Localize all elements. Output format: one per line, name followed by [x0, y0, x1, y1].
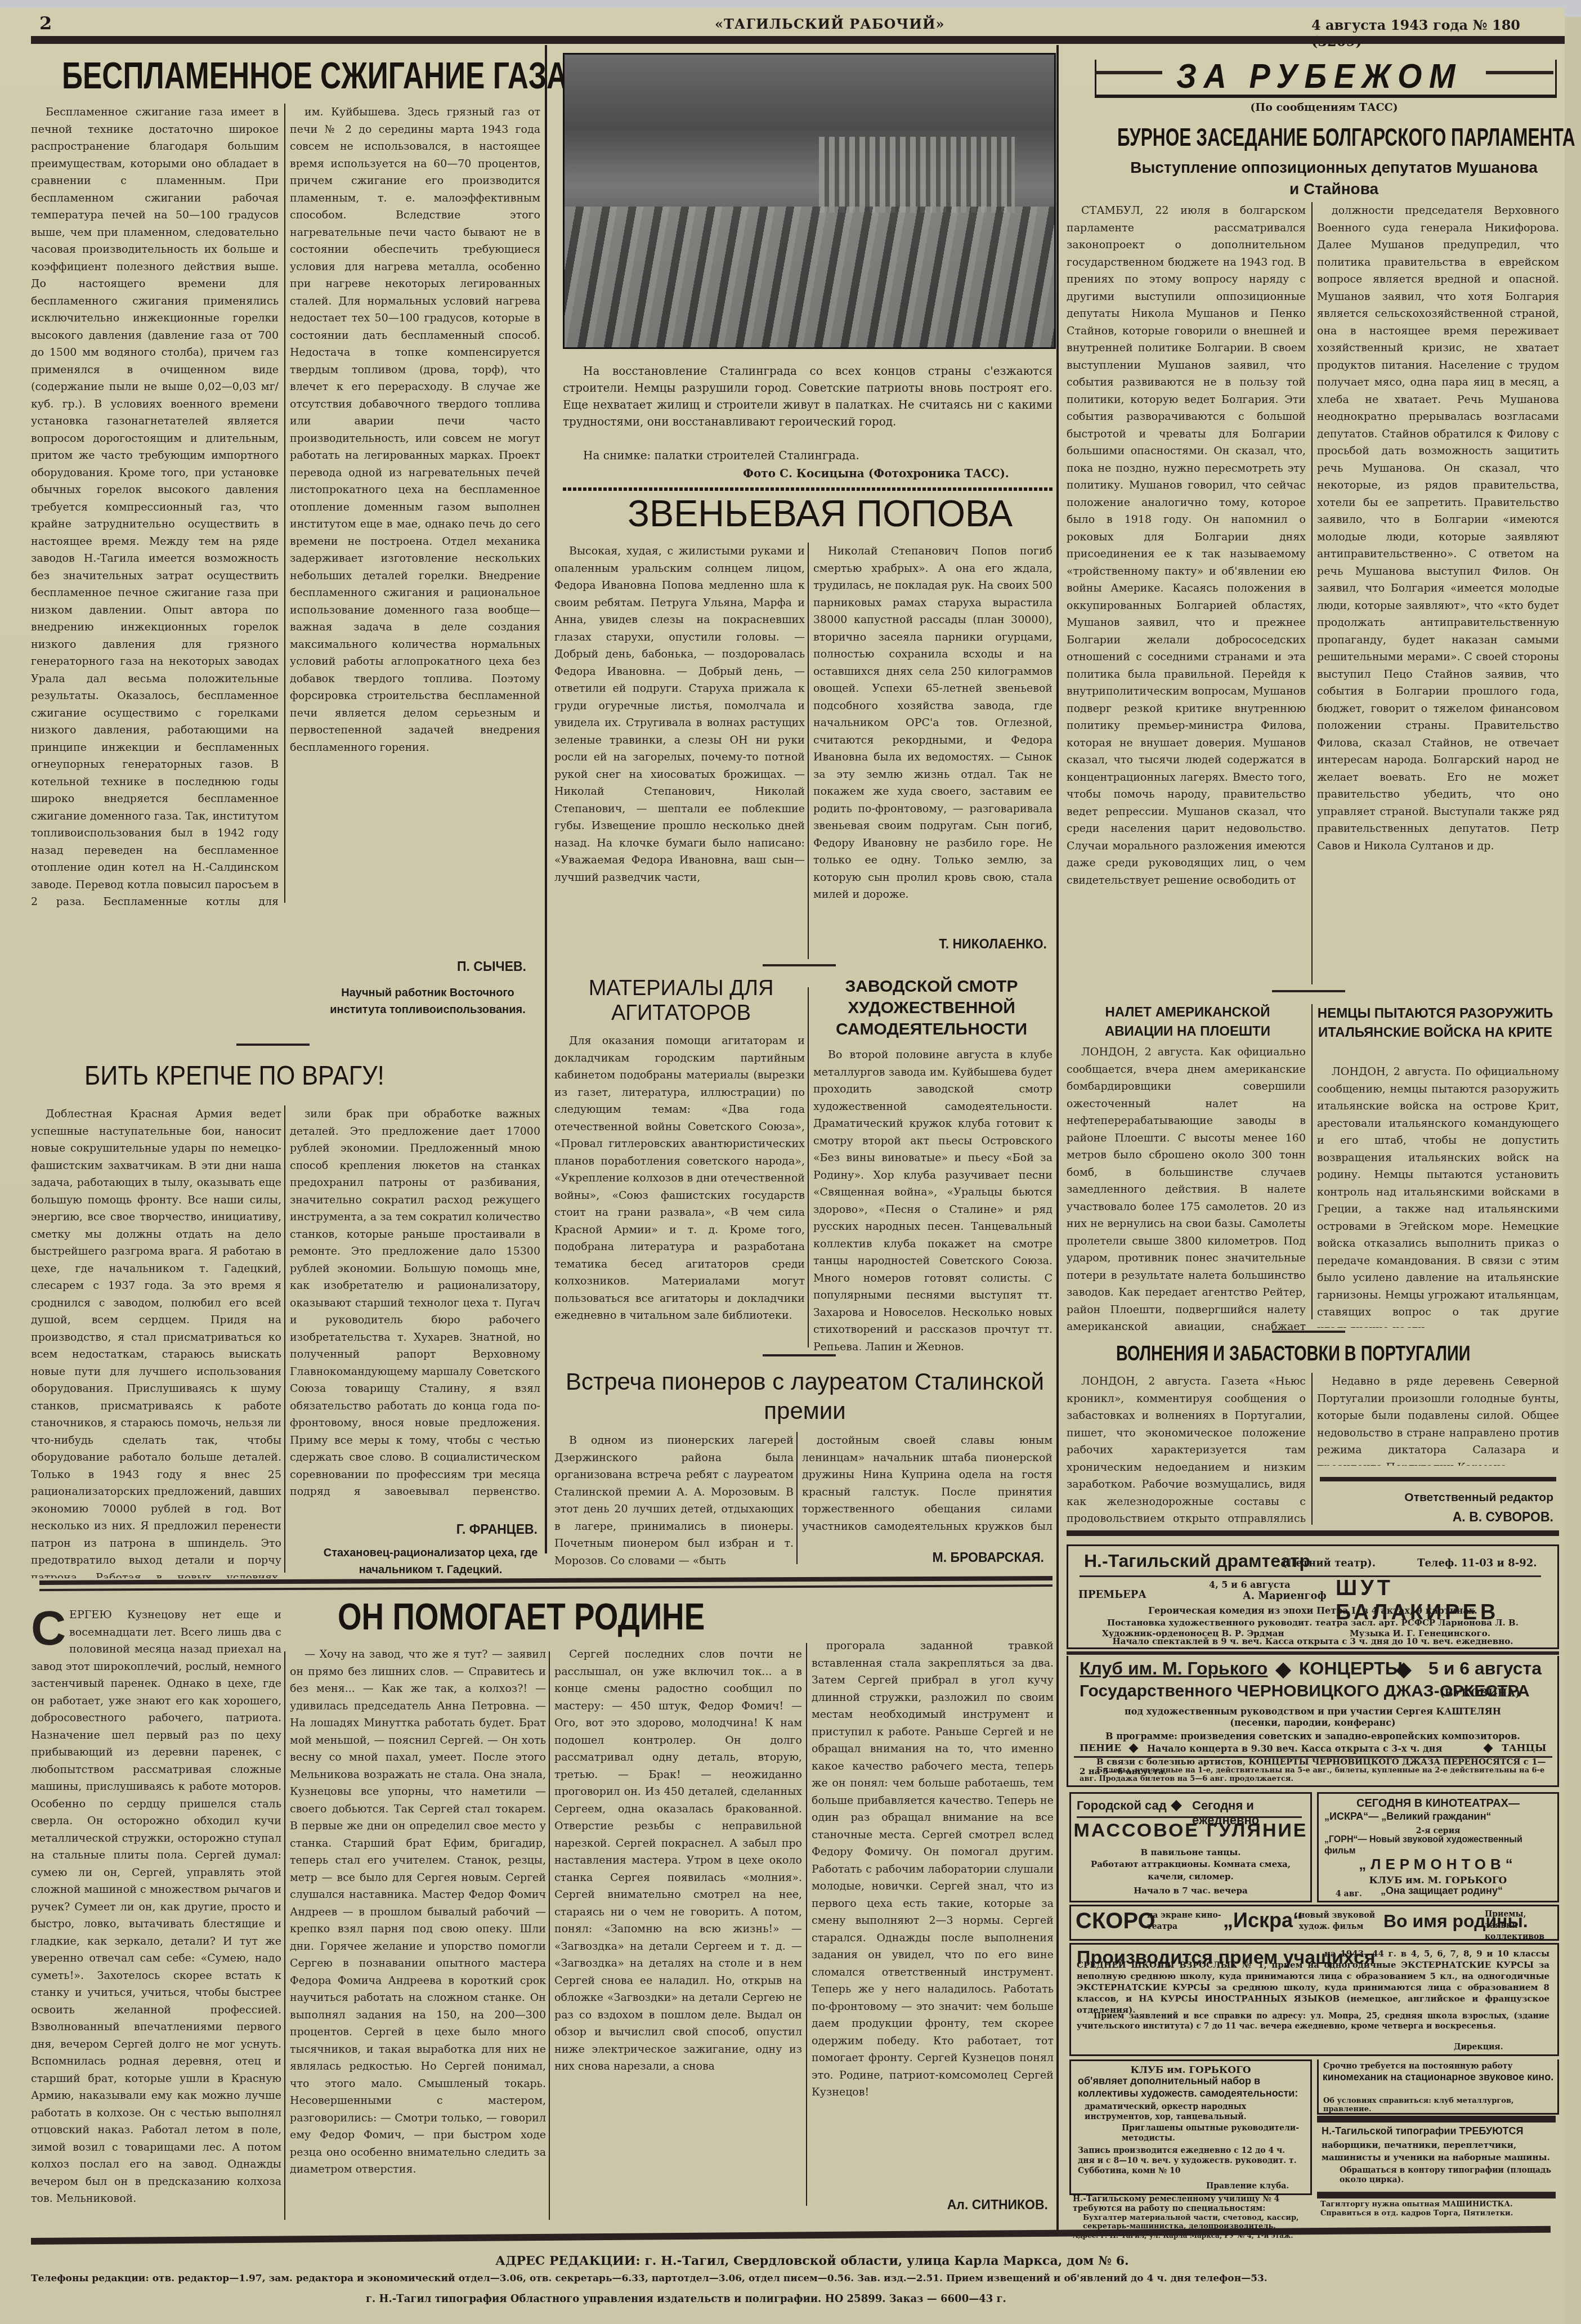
trade-school-title: Н.-Тагильскому ремесленному училищу № 4 … — [1073, 2195, 1304, 2214]
concert-singing: ПЕНИЕ — [1080, 1741, 1121, 1756]
article-column: Высокая, худая, с жилистыми руками и опа… — [554, 543, 805, 959]
section-separator — [1272, 990, 1345, 992]
article-title: БЕСПЛАМЕННОЕ СЖИГАНИЕ ГАЗА — [62, 54, 567, 97]
article-column: Недавно в ряде деревень Северной Португа… — [1317, 1373, 1559, 1466]
article-text: ЕРГЕЮ Кузнецову нет еще и восемнадцати л… — [31, 1609, 281, 2205]
soon-label: СКОРО — [1076, 1909, 1155, 1934]
ad-school-admission[interactable]: Производится прием учащихся на 1943—44 г… — [1069, 1943, 1559, 2056]
column-divider — [808, 543, 809, 959]
cinema-club-date: 4 авг. — [1336, 1887, 1362, 1901]
club-signed: Правление клуба. — [1206, 2179, 1289, 2193]
theater-phone: Телеф. 11-03 и 8-92. — [1417, 1556, 1537, 1570]
printshop-contact: Обращаться в контору типографии (площадь… — [1340, 2166, 1553, 2185]
footer-address: АДРЕС РЕДАКЦИИ: г. Н.-Тагил, Свердловско… — [495, 2254, 1129, 2268]
photo-tents — [565, 207, 1054, 347]
ad-rule — [1067, 1651, 1559, 1655]
ad-rule — [1077, 1816, 1302, 1818]
article-title: ОН ПОМОГАЕТ РОДИНЕ — [338, 1595, 705, 1638]
ad-theater[interactable]: Н.-Тагильский драмтеатр (Летний театр). … — [1067, 1544, 1559, 1649]
garden-line2: Работают аттракционы. Комната смеха, кач… — [1082, 1858, 1299, 1883]
school-contact: Прием заявлений и все справки по адресу:… — [1077, 2011, 1549, 2031]
article-title: ЗАВОДСКОЙ СМОТР ХУДОЖЕСТВЕННОЙ САМОДЕЯТЕ… — [813, 976, 1050, 1040]
garden-line3: Начало в 7 час. вечера — [1071, 1884, 1310, 1898]
diamond-ornament-icon — [1171, 1800, 1182, 1811]
section-divider — [39, 1584, 1052, 1591]
signature-title: Научный работник Восточного института то… — [315, 984, 540, 1018]
cinema-iskra: „ИСКРА“— „Великий гражданин“ — [1324, 1811, 1492, 1823]
newspaper-name: «ТАГИЛЬСКИЙ РАБОЧИЙ» — [715, 16, 945, 32]
editor-rule — [1320, 1477, 1556, 1481]
section-separator — [236, 1044, 310, 1046]
play-genre: Героическая комедия из эпохи Петра I, в … — [1068, 1605, 1557, 1617]
article-body: Для оказания помощи агитаторам и докладч… — [554, 1032, 805, 1347]
projectionist-contact: Об условиях справиться: клуб металлургов… — [1323, 2097, 1554, 2113]
club-invited: Приглашены опытные руководители-методист… — [1122, 2123, 1302, 2143]
concert-dances: ТАНЦЫ — [1502, 1741, 1546, 1756]
article-column: Николай Степанович Попов погиб смертью х… — [813, 543, 1052, 925]
section-source: (По сообщениям ТАСС) — [1095, 101, 1553, 114]
article-body: ЛОНДОН, 2 августа. Как официально сообща… — [1067, 1044, 1306, 1336]
article-title: ВОЛНЕНИЯ И ЗАБАСТОВКИ В ПОРТУГАЛИИ — [1116, 1342, 1470, 1365]
article-column: им. Куйбышева. Здесь грязный газ от печи… — [290, 104, 540, 875]
garden-header-left: Городской сад — [1077, 1798, 1167, 1813]
concert-club: Клуб им. М. Горького — [1080, 1658, 1268, 1679]
header-rule — [31, 36, 1565, 44]
club-groups: драматический, оркестр народных инструме… — [1085, 2102, 1304, 2122]
article-title: БИТЬ КРЕПЧЕ ПО ВРАГУ! — [84, 1060, 384, 1091]
article-title: Встреча пионеров с лауреатом Сталинской … — [563, 1367, 1047, 1426]
section-separator — [1272, 1331, 1345, 1333]
concert-tickets-notice: Билеты, купленные на 1-е, действительны … — [1080, 1766, 1547, 1783]
column-divider — [808, 987, 809, 1347]
article-column: должности председателя Верховного Военно… — [1317, 202, 1559, 984]
article-signature: П. СЫЧЕВ. — [290, 959, 526, 974]
editor-name: А. В. СУВОРОВ. — [1317, 1510, 1553, 1525]
soon-theater: „Искра“ — [1223, 1909, 1303, 1932]
diamond-ornament-icon — [1129, 1744, 1139, 1753]
photo-credit: Фото С. Косицына (Фотохроника ТАСС). — [743, 465, 1009, 482]
concert-lead-note: (песенки, пародии, конферанс) — [1068, 1716, 1557, 1730]
article-title: МАТЕРИАЛЫ ДЛЯ АГИТАТОРОВ — [557, 976, 805, 1026]
section-separator — [763, 1354, 836, 1356]
footer-printer: г. Н.-Тагил типография Областного управл… — [366, 2293, 1006, 2305]
page-number: 2 — [39, 12, 52, 34]
article-signature: Т. НИКОЛАЕНКО. — [813, 937, 1047, 952]
printshop-title: Н.-Тагильской типографии ТРЕБУЮТСЯ — [1322, 2125, 1523, 2137]
wavy-separator — [563, 487, 1052, 491]
ad-rule — [1317, 2116, 1556, 2123]
club-headline: об'являет дополнительный набор в коллект… — [1078, 2075, 1303, 2099]
article-column: Беспламенное сжигание газа имеет в печно… — [31, 104, 279, 908]
article-body: ЛОНДОН, 2 августа. По официальному сообщ… — [1317, 1063, 1559, 1328]
ad-printshop[interactable]: Н.-Тагильской типографии ТРЕБУЮТСЯ набор… — [1317, 2125, 1556, 2192]
ad-coming-soon[interactable]: СКОРО на экране кино-театра „Искра“ новы… — [1069, 1905, 1559, 1941]
concert-dates: 5 и 6 августа — [1428, 1658, 1542, 1679]
section-separator — [763, 964, 836, 966]
photo-caption: На восстановление Сталинграда со всех ко… — [563, 362, 1052, 430]
ads-top-rule — [1067, 1530, 1559, 1536]
article-signature: М. БРОВАРСКАЯ. — [802, 1550, 1044, 1565]
typist-text: Тагилторгу нужна опытная МАШИНИСТКА. Спр… — [1320, 2200, 1551, 2218]
diamond-ornament-icon — [1484, 1744, 1493, 1753]
theater-premiere: ПРЕМЬЕРА — [1078, 1588, 1146, 1602]
photo-stalingrad-tents — [563, 53, 1056, 349]
column-divider — [549, 1651, 550, 2220]
play-director: Постановка художественного руководит. те… — [1068, 1617, 1557, 1628]
column-divider — [796, 1432, 798, 1564]
article-column: зили брак при обработке важных деталей. … — [290, 1105, 540, 1499]
column-divider — [284, 1651, 285, 2220]
theater-author: А. Мариенгоф — [1243, 1589, 1327, 1603]
column-divider — [806, 1643, 807, 2206]
editor-label: Ответственный редактор — [1317, 1491, 1553, 1504]
footer-rule — [31, 2226, 1551, 2245]
article-column: прогорала заданной травкой вставленная с… — [812, 1637, 1054, 2166]
school-signed: Дирекция. — [1454, 2040, 1503, 2054]
article-signature: Ал. СИТНИКОВ. — [812, 2197, 1048, 2213]
drop-cap: С — [31, 1609, 66, 1648]
ad-club-recruitment[interactable]: КЛУБ им. ГОРЬКОГО об'являет дополнительн… — [1069, 2059, 1312, 2195]
newspaper-page: 2 «ТАГИЛЬСКИЙ РАБОЧИЙ» 4 августа 1943 го… — [0, 8, 1565, 2324]
section-title: ЗА РУБЕЖОМ — [1176, 56, 1462, 96]
article-title: БУРНОЕ ЗАСЕДАНИЕ БОЛГАРСКОГО ПАРЛАМЕНТА — [1117, 124, 1575, 152]
photo-caption-note: На снимке: палатки строителей Сталинград… — [583, 447, 1050, 464]
column-divider — [284, 1105, 285, 1573]
garden-title: МАССОВОЕ ГУЛЯНИЕ — [1071, 1820, 1310, 1842]
ad-cinema[interactable]: СЕГОДНЯ В КИНОТЕАТРАХ— „ИСКРА“— „Великий… — [1317, 1792, 1559, 1902]
soon-kind: новый звуковой худож. фильм — [1299, 1910, 1378, 1932]
column-divider — [545, 45, 547, 1553]
article-column: — Хочу на завод, что же я тут? — заявил … — [290, 1646, 546, 2220]
ad-rule — [1317, 2192, 1556, 2198]
frame-rule — [1486, 71, 1553, 74]
article-column: ЛОНДОН, 2 августа. Газета «Ньюс кроникл»… — [1067, 1373, 1306, 1525]
column-divider — [1311, 1373, 1313, 1525]
signature-title: Стахановец-рационализатор цеха, где нача… — [321, 1544, 540, 1578]
article-column: Сергей последних слов почти не расслышал… — [554, 1646, 802, 2220]
printshop-text: наборщики, печатники, переплетчики, маши… — [1322, 2139, 1552, 2164]
school-text: на 1943—44 г. в 4, 5, 6, 7, 8, 9 и 10 кл… — [1077, 1948, 1549, 2016]
issue-date: 4 августа 1943 года № 180 (3209) — [1311, 17, 1565, 50]
concert-label: КОНЦЕРТЫ — [1299, 1658, 1403, 1679]
article-title: ЗВЕНЬЕВАЯ ПОПОВА — [628, 492, 1013, 535]
article-column: В одном из пионерских лагерей Дзержинско… — [554, 1432, 794, 1567]
article-column: Доблестная Красная Армия ведет успешные … — [31, 1105, 281, 1578]
cinema-header: СЕГОДНЯ В КИНОТЕАТРАХ— — [1319, 1797, 1557, 1810]
cinema-film: „ЛЕРМОНТОВ“ — [1319, 1856, 1557, 1873]
concert-start: Начало концерта в 9.30 веч. Касса открыт… — [1147, 1741, 1442, 1756]
ad-concert[interactable]: Клуб им. М. Горького КОНЦЕРТЫ 5 и 6 авгу… — [1067, 1656, 1559, 1787]
diamond-ornament-icon — [1275, 1663, 1291, 1678]
ad-projectionist[interactable]: Срочно требуется на постоянную работу ки… — [1317, 2059, 1559, 2115]
ad-city-garden[interactable]: Городской сад Сегодня и ежедневно МАССОВ… — [1069, 1792, 1312, 1902]
club-schedule: Запись производится ежедневно с 12 до 4 … — [1078, 2146, 1303, 2176]
cinema-gorn: „ГОРН“— Новый звуковой художественный фи… — [1324, 1834, 1555, 1857]
concert-region: (БУКОВИНА) — [1440, 1686, 1520, 1700]
article-column: СТАМБУЛ, 22 июля в болгарском парламенте… — [1067, 202, 1306, 984]
soon-note: Приемы, заявки коллективов — [1485, 1909, 1555, 1942]
article-title: НАЛЕТ АМЕРИКАНСКОЙ АВИАЦИИ НА ПЛОЕШТИ — [1069, 1003, 1306, 1041]
cinema-club-film: „Она защищает родину“ — [1381, 1885, 1503, 1897]
article-signature: Г. ФРАНЦЕВ. — [290, 1522, 538, 1537]
photo-building — [819, 137, 1015, 213]
article-column: достойным своей славы юным ленинцам» нач… — [802, 1432, 1052, 1533]
frame-rule — [1095, 71, 1162, 74]
column-divider — [1056, 45, 1059, 2235]
column-divider — [1311, 202, 1313, 984]
projectionist-title: киномеханик на стационарное звуковое кин… — [1319, 2071, 1557, 2083]
footer-phones: Телефоны редакции: отв. редактор—1.97, з… — [31, 2273, 1268, 2284]
theater-name: Н.-Тагильский драмтеатр — [1084, 1551, 1310, 1571]
article-subtitle: Выступление оппозиционных депутатов Муша… — [1126, 157, 1542, 200]
article-column: СЕРГЕЮ Кузнецову нет еще и восемнадцати … — [31, 1606, 281, 2214]
theater-venue: (Летний театр). — [1282, 1556, 1376, 1570]
article-body: Во второй половине августа в клубе метал… — [813, 1046, 1052, 1350]
ad-trade-school[interactable]: Н.-Тагильскому ремесленному училищу № 4 … — [1069, 2195, 1309, 2245]
column-divider — [1311, 1004, 1313, 1319]
article-title: НЕМЦЫ ПЫТАЮТСЯ РАЗОРУЖИТЬ ИТАЛЬЯНСКИЕ ВО… — [1317, 1004, 1553, 1042]
column-divider — [284, 104, 285, 903]
play-schedule: Начало спектаклей в 9 ч. веч. Касса откр… — [1068, 1636, 1557, 1646]
